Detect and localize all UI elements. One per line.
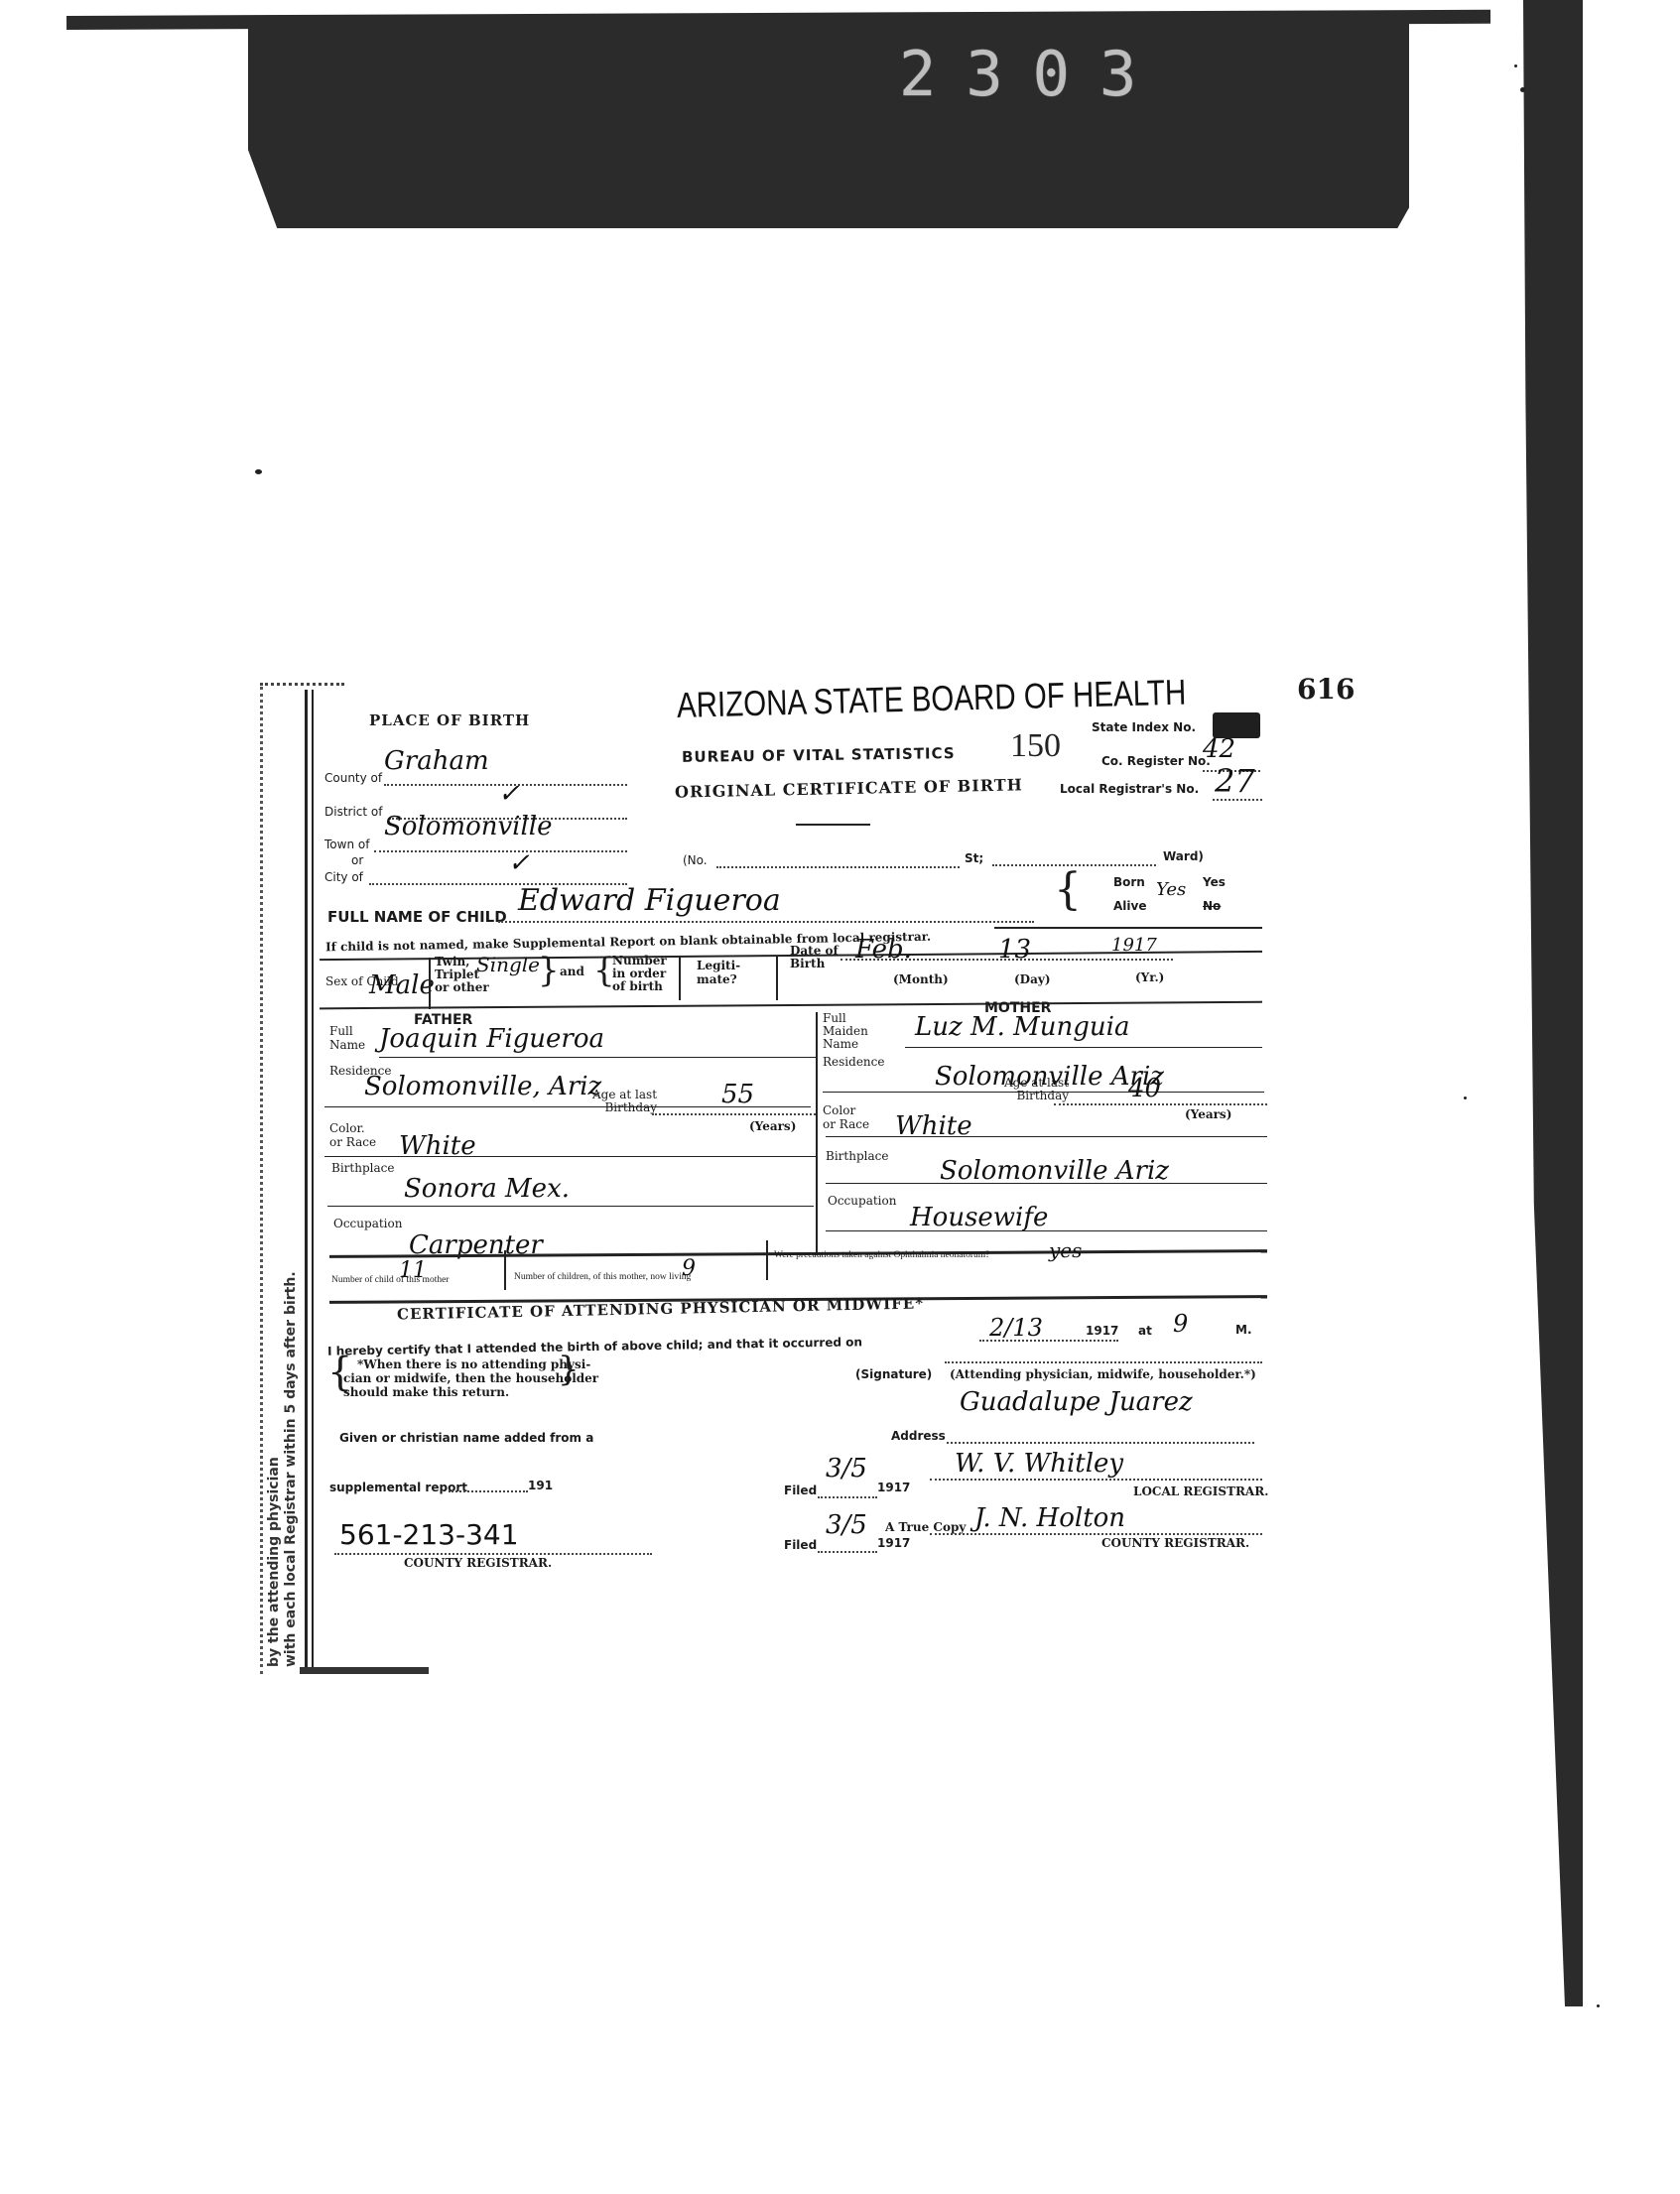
father-residence-value: Solomonville, Ariz xyxy=(364,1072,601,1101)
occurred-date: 2/13 xyxy=(989,1314,1043,1342)
signature-value: Guadalupe Juarez xyxy=(960,1387,1193,1417)
mother-age-label: Age at last Birthday xyxy=(1004,1077,1069,1102)
county-index-number: 561-213-341 xyxy=(339,1518,519,1551)
occurred-year: 1917 xyxy=(1086,1324,1118,1338)
mother-race-label: Color or Race xyxy=(823,1103,869,1131)
district-value: ✓ xyxy=(498,779,520,809)
father-occupation-label: Occupation xyxy=(333,1217,402,1230)
twin-label-line: or other xyxy=(435,981,489,994)
speck xyxy=(1597,2004,1600,2007)
month-caption: (Month) xyxy=(893,972,949,986)
board-title: ARIZONA STATE BOARD OF HEALTH xyxy=(676,672,1186,726)
day-caption: (Day) xyxy=(1014,972,1051,986)
dotted-line xyxy=(930,1479,1262,1481)
father-name-value: Joaquin Figueroa xyxy=(379,1024,604,1054)
dob-year: 1917 xyxy=(1111,935,1157,956)
margin-instruction: by the attending physician with each loc… xyxy=(266,695,300,1667)
county-value: Graham xyxy=(384,746,489,776)
rule xyxy=(826,1230,1267,1231)
dotted-line xyxy=(716,866,960,868)
supplemental-year: 191 xyxy=(528,1479,553,1492)
legit-label-line: Legiti- xyxy=(697,959,740,972)
speck xyxy=(1520,87,1525,92)
column-divider xyxy=(816,1012,818,1255)
rule xyxy=(429,958,431,1009)
form-title: ORIGINAL CERTIFICATE OF BIRTH xyxy=(675,775,1023,801)
true-copy-label: A True Copy xyxy=(885,1520,966,1534)
mother-age-value: 40 xyxy=(1128,1074,1161,1103)
label-line: Full xyxy=(329,1024,365,1038)
rule xyxy=(324,1156,816,1157)
street-label: St; xyxy=(965,851,983,865)
dotted-line xyxy=(374,850,627,852)
precautions-value: yes xyxy=(1049,1238,1082,1262)
sex-value: Male xyxy=(369,970,435,1000)
ward-label: Ward) xyxy=(1163,849,1204,863)
dob-label-line: Birth xyxy=(790,958,839,970)
rule xyxy=(905,1047,1262,1048)
dotted-line xyxy=(979,1340,1118,1342)
year-caption: (Yr.) xyxy=(1135,970,1164,984)
label-line: Color. xyxy=(329,1121,376,1135)
dotted-line xyxy=(449,1490,528,1492)
father-birthplace-value: Sonora Mex. xyxy=(404,1174,570,1204)
dotted-line xyxy=(1054,1103,1267,1105)
dotted-line xyxy=(498,921,1034,923)
child-name-label: FULL NAME OF CHILD xyxy=(327,908,507,926)
legit-label-line: mate? xyxy=(697,972,740,986)
brace: { xyxy=(1054,868,1082,912)
father-age-label: Age at last Birthday xyxy=(592,1089,657,1114)
label-line: Birthday xyxy=(1004,1090,1069,1102)
label-line: Name xyxy=(329,1038,365,1052)
order-label-line: of birth xyxy=(612,980,667,993)
state-index-label: State Index No. xyxy=(1092,720,1196,734)
dotted-line xyxy=(818,1551,877,1553)
address-label: Address xyxy=(891,1429,946,1443)
brace: } xyxy=(558,1350,580,1389)
not-named-note: If child is not named, make Supplemental… xyxy=(325,930,931,955)
local-registrar-value: 27 xyxy=(1215,762,1255,800)
twin-value: Single xyxy=(476,953,540,976)
index-caption: COUNTY REGISTRAR. xyxy=(404,1556,552,1570)
living-label: Number of children, of this mother, now … xyxy=(514,1272,691,1282)
legitimate-label: Legiti- mate? xyxy=(697,959,740,986)
local-registrar-signature: W. V. Whitley xyxy=(955,1449,1123,1479)
frame-left-double-rule xyxy=(305,690,314,1672)
dotted-line xyxy=(818,1496,877,1498)
county-label: County of xyxy=(324,771,382,785)
town-value: Solomonville xyxy=(384,812,553,841)
born-alive-value: Yes xyxy=(1156,879,1186,900)
label-line: or Race xyxy=(823,1117,869,1131)
mother-name-value: Luz M. Munguia xyxy=(915,1012,1129,1042)
rule xyxy=(327,1206,814,1207)
mother-occupation-label: Occupation xyxy=(828,1194,896,1208)
and-label: and xyxy=(560,965,584,978)
certify-text: I hereby certify that I attended the bir… xyxy=(327,1335,862,1357)
filed-2-date: 3/5 xyxy=(826,1510,867,1540)
title-underline xyxy=(796,824,870,826)
label-line: Color xyxy=(823,1103,869,1117)
father-birthplace-label: Birthplace xyxy=(331,1161,394,1175)
speck xyxy=(1464,1097,1467,1099)
dob-label: Date of Birth xyxy=(790,945,839,970)
signature-label: (Signature) xyxy=(855,1367,932,1381)
dotted-line xyxy=(1213,799,1262,801)
city-label: City of xyxy=(324,870,363,884)
born-label: Born xyxy=(1113,875,1145,889)
tab-digit: 3 xyxy=(1099,38,1146,107)
street-no-label: (No. xyxy=(683,853,708,867)
mother-birthplace-value: Solomonville Ariz xyxy=(940,1156,1169,1186)
child-name-value: Edward Figueroa xyxy=(518,883,781,918)
co-register-value: 42 xyxy=(1203,734,1235,764)
scanner-right-edge xyxy=(1523,0,1583,2006)
tab-digit: 0 xyxy=(1033,38,1080,107)
filed-1-label: Filed xyxy=(784,1484,817,1497)
birth-certificate: by the attending physician with each loc… xyxy=(260,655,1361,1677)
filed-2-label: Filed xyxy=(784,1538,817,1552)
filed-1-year: 1917 xyxy=(877,1481,910,1494)
place-of-birth-heading: PLACE OF BIRTH xyxy=(369,711,530,729)
signature-line xyxy=(945,1361,1262,1363)
brace: } xyxy=(538,951,560,990)
margin-line-2: with each local Registrar within 5 days … xyxy=(283,695,299,1667)
label-line: or Race xyxy=(329,1135,376,1149)
father-years-caption: (Years) xyxy=(749,1119,796,1133)
alive-label: Alive xyxy=(1113,899,1146,913)
local-registrar-label: Local Registrar's No. xyxy=(1060,782,1199,796)
city-value: ✓ xyxy=(508,848,530,878)
supplemental-label: supplemental report xyxy=(329,1481,467,1494)
local-registrar-caption: LOCAL REGISTRAR. xyxy=(1133,1484,1268,1498)
county-registrar-signature: J. N. Holton xyxy=(974,1503,1125,1533)
mother-residence-label: Residence xyxy=(823,1055,884,1069)
co-register-label: Co. Register No. xyxy=(1101,754,1211,768)
time-value: 9 xyxy=(1173,1310,1188,1338)
mother-years-caption: (Years) xyxy=(1185,1107,1231,1121)
precautions-label: Were precautions taken against Ophthalmi… xyxy=(774,1250,989,1260)
dotted-line xyxy=(334,1553,652,1555)
rule xyxy=(766,1240,768,1280)
father-name-label: Full Name xyxy=(329,1024,365,1052)
scan-tab-number: 2 3 0 3 xyxy=(899,38,1127,107)
or-label: or xyxy=(351,853,363,867)
frame-bottom xyxy=(300,1667,429,1674)
bureau-title: BUREAU OF VITAL STATISTICS xyxy=(682,744,956,766)
rule xyxy=(379,1057,816,1058)
dotted-line xyxy=(652,1113,816,1115)
living-value: 9 xyxy=(682,1256,696,1281)
yes-option: Yes xyxy=(1203,875,1226,889)
rule xyxy=(504,1250,506,1290)
rule xyxy=(320,1001,1262,1010)
rule xyxy=(679,956,681,1000)
no-option: No xyxy=(1203,899,1221,913)
filed-2-year: 1917 xyxy=(877,1536,910,1550)
speck xyxy=(1514,65,1517,67)
margin-line-1: by the attending physician xyxy=(266,695,282,1667)
filed-1-date: 3/5 xyxy=(826,1454,867,1484)
rule xyxy=(826,1183,1267,1184)
mother-occupation-value: Housewife xyxy=(910,1203,1048,1232)
certificate-number: 616 xyxy=(1297,673,1355,706)
rule xyxy=(776,956,778,1000)
label-line: Name xyxy=(823,1038,868,1051)
tab-digit: 2 xyxy=(899,38,946,107)
father-age-value: 55 xyxy=(721,1080,754,1109)
dotted-line xyxy=(840,959,1173,961)
m-label: M. xyxy=(1235,1323,1252,1337)
stamp-number: 150 xyxy=(1010,727,1061,765)
rule xyxy=(826,1136,1267,1137)
scanner-black-tab xyxy=(248,22,1409,228)
child-number-value: 11 xyxy=(399,1258,427,1283)
district-label: District of xyxy=(324,805,382,819)
father-race-label: Color. or Race xyxy=(329,1121,376,1149)
county-registrar-caption: COUNTY REGISTRAR. xyxy=(1101,1536,1249,1550)
at-label: at xyxy=(1138,1324,1152,1338)
child-number-label: Number of child of this mother xyxy=(331,1275,449,1285)
town-label: Town of xyxy=(324,838,369,851)
speck xyxy=(255,469,262,474)
address-line xyxy=(947,1442,1254,1444)
rule xyxy=(994,927,1262,929)
mother-name-label: Full Maiden Name xyxy=(823,1012,868,1051)
signature-caption: (Attending physician, midwife, household… xyxy=(950,1367,1256,1381)
tab-digit: 3 xyxy=(966,38,1012,107)
birth-order-label: Number in order of birth xyxy=(612,955,667,993)
dotted-line xyxy=(930,1533,1262,1535)
label-line: Birthday xyxy=(592,1101,657,1114)
given-name-label: Given or christian name added from a xyxy=(339,1431,593,1445)
mother-birthplace-label: Birthplace xyxy=(826,1149,888,1163)
